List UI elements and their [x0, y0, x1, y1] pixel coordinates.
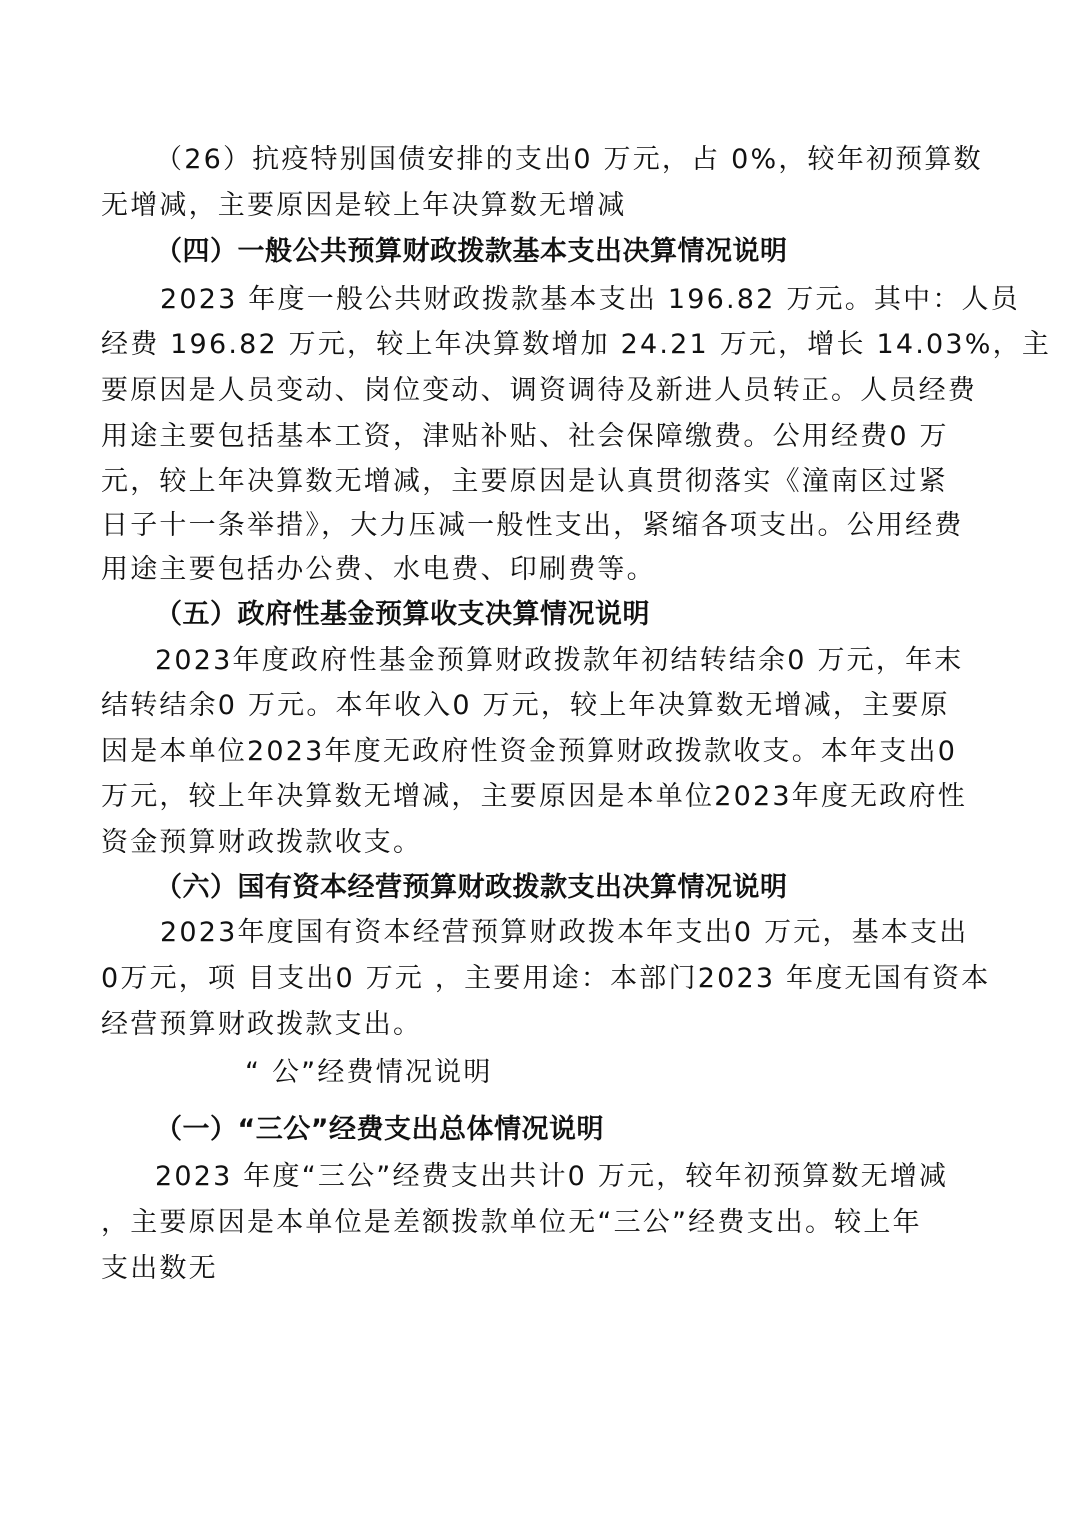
paragraph-line: 因是本单位2023年度无政府性资金预算财政拨款收支。本年支出0 — [101, 735, 957, 769]
paragraph-line: 元，较上年决算数无增减，主要原因是认真贯彻落实《潼南区过紧 — [101, 465, 948, 499]
paragraph-line: 资金预算财政拨款收支。 — [101, 826, 422, 860]
paragraph-line: 2023 年度一般公共财政拨款基本支出 196.82 万元。其中：人员 — [160, 283, 1020, 317]
section-heading-6: （六）国有资本经营预算财政拨款支出决算情况说明 — [155, 871, 788, 905]
paragraph-line: ，主要原因是本单位是差额拨款单位无“三公”经费支出。较上年 — [101, 1206, 922, 1240]
paragraph-line: 2023年度国有资本经营预算财政拨本年支出0 万元，基本支出 — [160, 916, 968, 950]
paragraph-line: （26）抗疫特别国债安排的支出0 万元，占 0%，较年初预算数 — [155, 143, 983, 177]
paragraph-line: 0万元，项 目支出0 万元 ，主要用途：本部门2023 年度无国有资本 — [101, 962, 990, 996]
section-heading-5: （五）政府性基金预算收支决算情况说明 — [155, 598, 650, 632]
paragraph-line: 用途主要包括基本工资，津贴补贴、社会保障缴费。公用经费0 万 — [101, 420, 949, 454]
paragraph-line: 要原因是人员变动、岗位变动、调资调待及新进人员转正。人员经费 — [101, 374, 977, 408]
paragraph-line: 结转结余0 万元。本年收入0 万元，较上年决算数无增减，主要原 — [101, 689, 950, 723]
section-heading-4: （四）一般公共预算财政拨款基本支出决算情况说明 — [155, 235, 788, 269]
paragraph-line: 无增减，主要原因是较上年决算数无增减 — [101, 189, 627, 223]
paragraph-line: 日子十一条举措》，大力压减一般性支出，紧缩各项支出。公用经费 — [101, 509, 964, 543]
paragraph-line: 2023 年度“三公”经费支出共计0 万元，较年初预算数无增减 — [155, 1160, 948, 1194]
paragraph-line: 经费 196.82 万元，较上年决算数增加 24.21 万元，增长 14.03%… — [101, 328, 1051, 362]
paragraph-line: 万元，较上年决算数无增减，主要原因是本单位2023年度无政府性 — [101, 780, 967, 814]
paragraph-line: 2023年度政府性基金预算财政拨款年初结转结余0 万元，年末 — [155, 644, 963, 678]
paragraph-line: 用途主要包括办公费、水电费、印刷费等。 — [101, 553, 656, 587]
section-heading-sangong-1: （一）“三公”经费支出总体情况说明 — [155, 1113, 604, 1147]
paragraph-line: 支出数无 — [101, 1252, 218, 1286]
paragraph-line: 经营预算财政拨款支出。 — [101, 1008, 422, 1042]
part-heading: “ 公”经费情况说明 — [245, 1056, 493, 1090]
